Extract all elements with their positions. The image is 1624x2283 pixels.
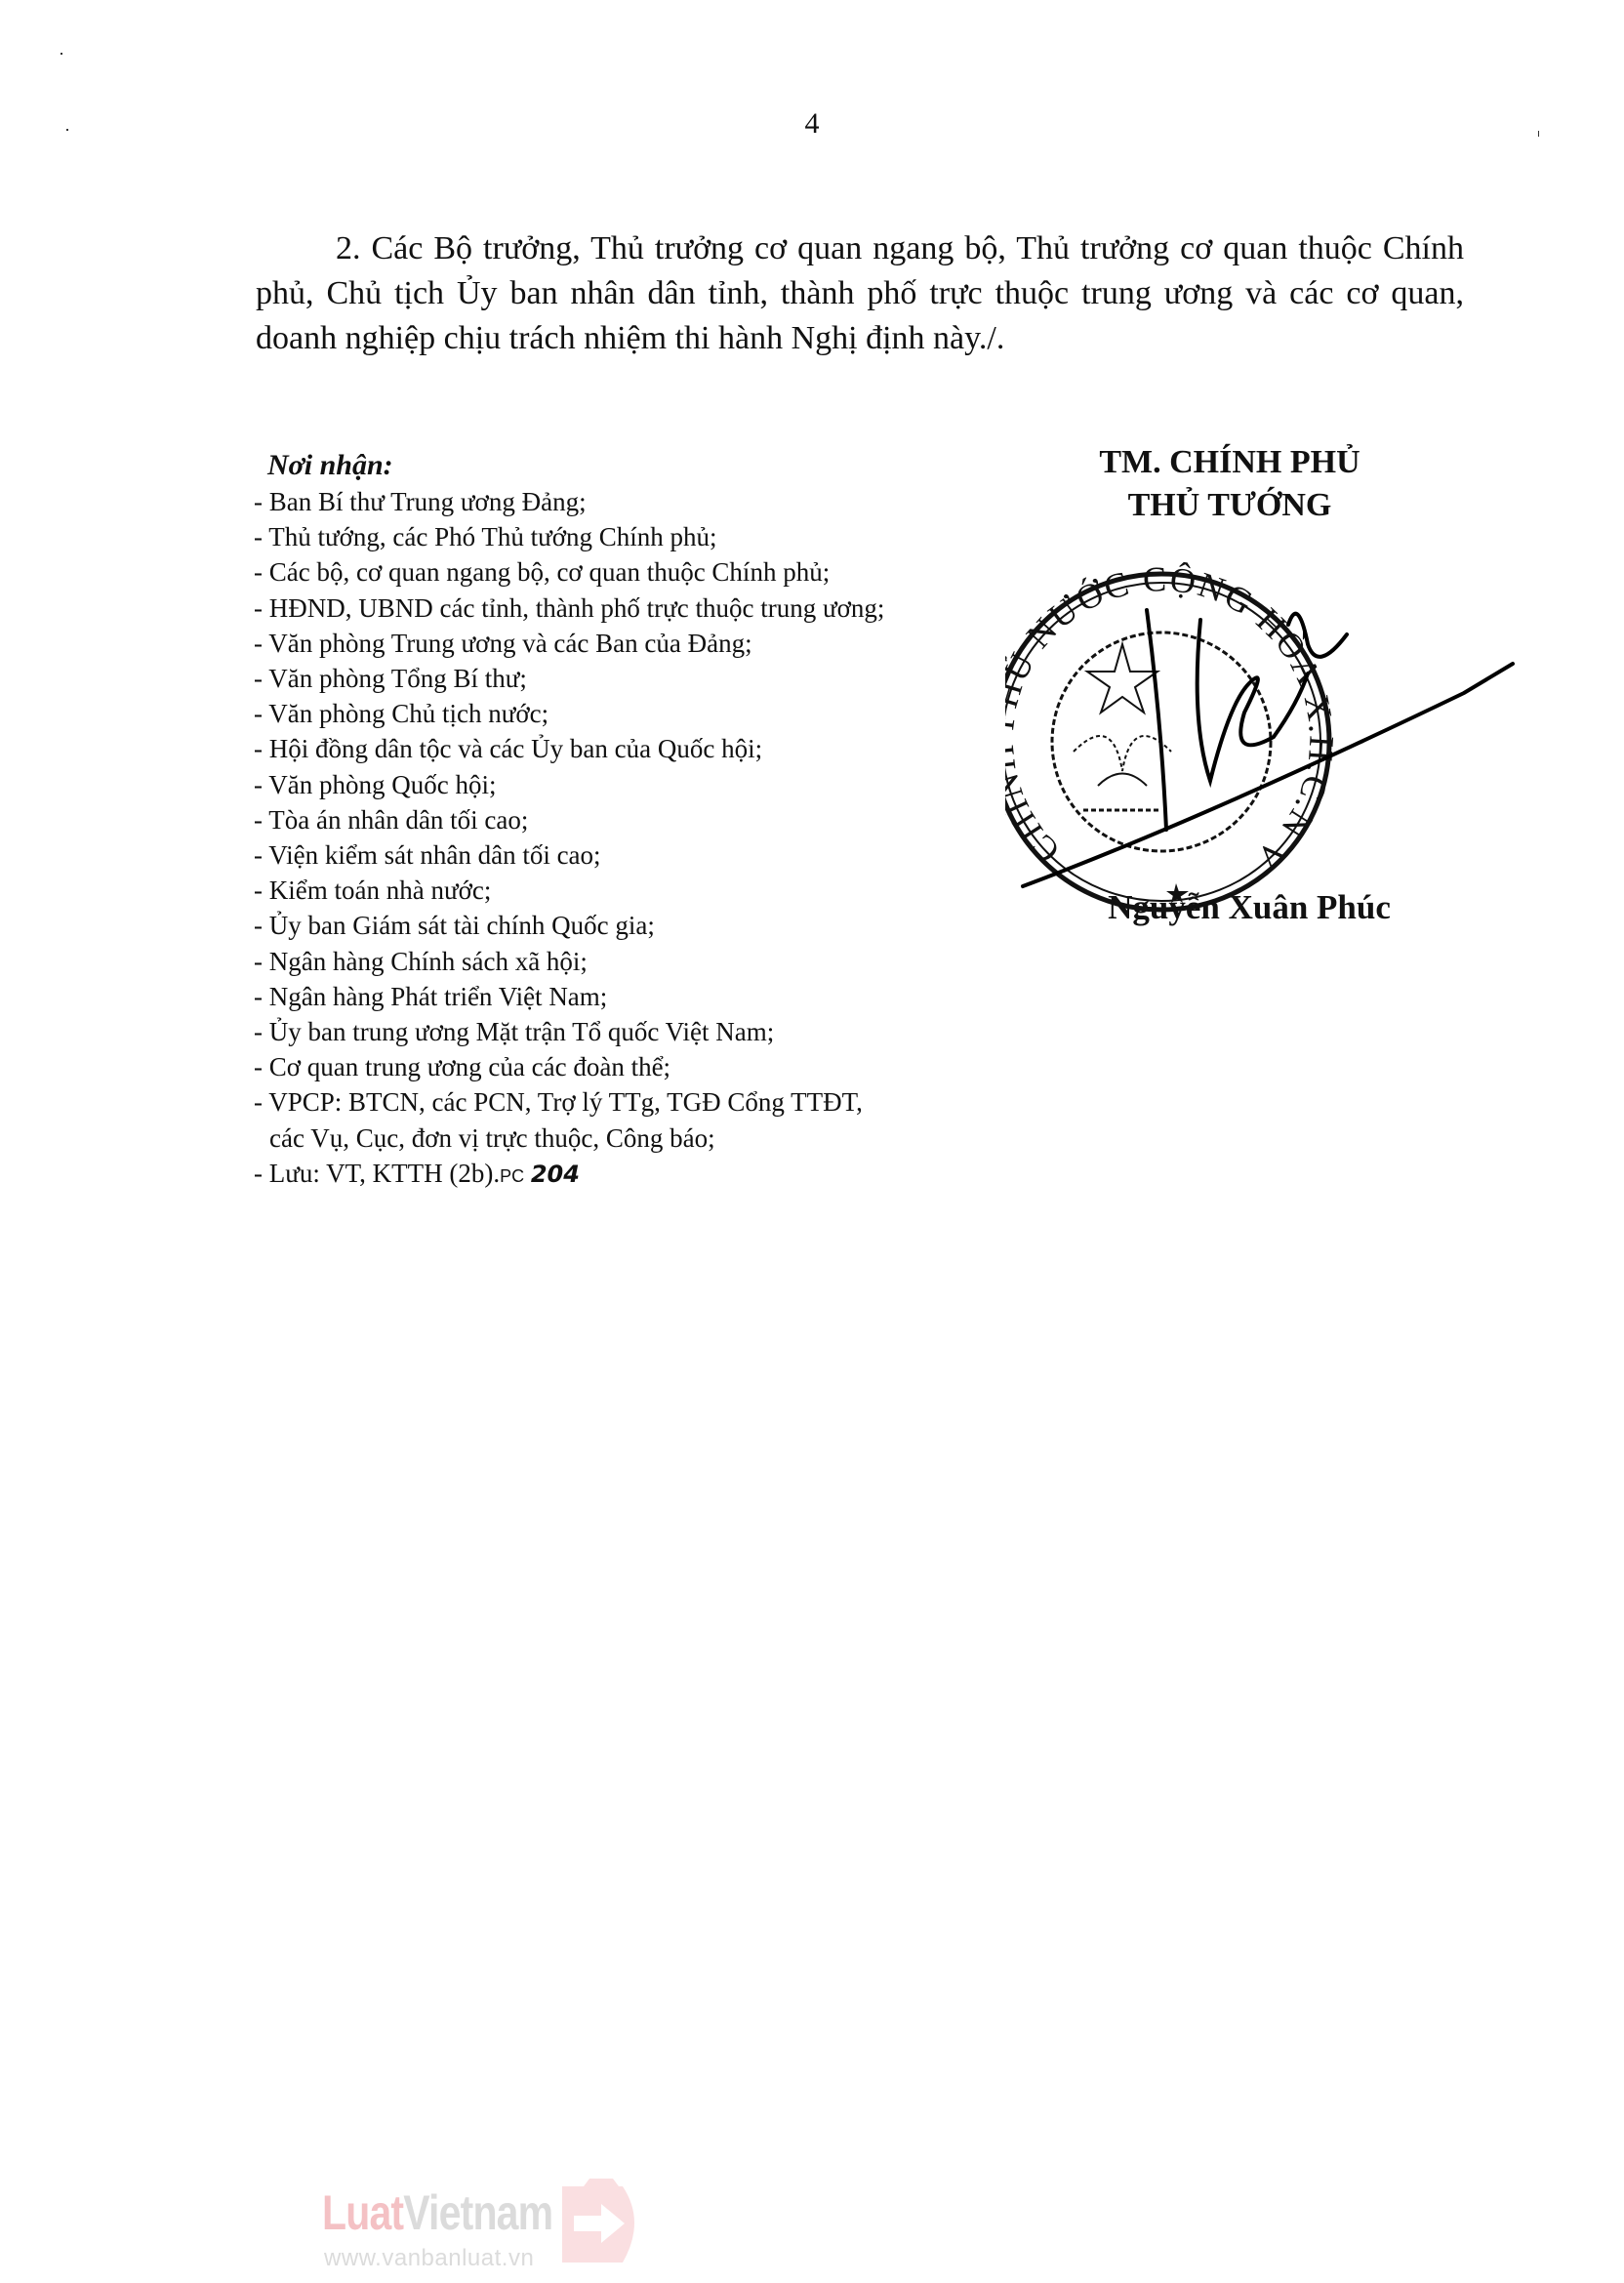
recipient-item: - Văn phòng Quốc hội; — [254, 767, 1015, 802]
archive-handwritten-number: 204 — [531, 1161, 580, 1188]
article-clause-2: 2. Các Bộ trưởng, Thủ trưởng cơ quan nga… — [256, 226, 1464, 361]
signature-block: TM. CHÍNH PHỦ THỦ TƯỚNG — [1064, 441, 1396, 527]
watermark-brand: LuatVietnam — [322, 2184, 552, 2241]
recipient-item: - HĐND, UBND các tỉnh, thành phố trực th… — [254, 591, 1015, 626]
archive-pc: PC — [500, 1166, 524, 1186]
recipient-item: - VPCP: BTCN, các PCN, Trợ lý TTg, TGĐ C… — [254, 1084, 1015, 1120]
recipient-item: - Thủ tướng, các Phó Thủ tướng Chính phủ… — [254, 519, 1015, 554]
archive-text: - Lưu: VT, KTTH (2b). — [254, 1159, 500, 1188]
watermark: LuatVietnam www.vanbanluat.vn — [322, 2177, 654, 2274]
signature-title-1: TM. CHÍNH PHỦ — [1064, 441, 1396, 484]
recipients-list: Nơi nhận: - Ban Bí thư Trung ương Đảng;-… — [254, 447, 1015, 1194]
signature-title-2: THỦ TƯỚNG — [1064, 484, 1396, 527]
recipient-item: - Viện kiểm sát nhân dân tối cao; — [254, 837, 1015, 873]
recipient-item: - Tòa án nhân dân tối cao; — [254, 802, 1015, 837]
seal-icon: CHÍNH PHỦ NƯỚC CỘNG HÒA X.H.C.N VIỆT NAM — [1005, 527, 1342, 910]
recipient-item: - Ngân hàng Phát triển Việt Nam; — [254, 979, 1015, 1014]
archive-note: - Lưu: VT, KTTH (2b).PC 204 — [254, 1156, 1015, 1194]
signer-name: Nguyễn Xuân Phúc — [1054, 888, 1444, 927]
recipient-item: - Ủy ban trung ương Mặt trận Tổ quốc Việ… — [254, 1014, 1015, 1049]
recipient-item: - Kiểm toán nhà nước; — [254, 873, 1015, 908]
watermark-url: www.vanbanluat.vn — [324, 2245, 534, 2272]
scan-speck — [61, 53, 62, 55]
recipient-item: - Ủy ban Giám sát tài chính Quốc gia; — [254, 908, 1015, 943]
official-seal-and-signature: CHÍNH PHỦ NƯỚC CỘNG HÒA X.H.C.N VIỆT NAM — [1005, 527, 1610, 917]
recipient-item: - Cơ quan trung ương của các đoàn thể; — [254, 1049, 1015, 1084]
recipient-item: - Văn phòng Trung ương và các Ban của Đả… — [254, 626, 1015, 661]
recipient-item: - Ngân hàng Chính sách xã hội; — [254, 944, 1015, 979]
recipient-item: - Hội đồng dân tộc và các Ủy ban của Quố… — [254, 731, 1015, 766]
recipient-item: - Văn phòng Tổng Bí thư; — [254, 661, 1015, 696]
recipient-item: - Các bộ, cơ quan ngang bộ, cơ quan thuộ… — [254, 554, 1015, 590]
recipient-item: - Văn phòng Chủ tịch nước; — [254, 696, 1015, 731]
recipient-item: - Ban Bí thư Trung ương Đảng; — [254, 484, 1015, 519]
recipient-item-continuation: các Vụ, Cục, đơn vị trực thuộc, Công báo… — [254, 1121, 1015, 1156]
recipient-items: - Ban Bí thư Trung ương Đảng;- Thủ tướng… — [254, 484, 1015, 1121]
arrow-logo-icon — [554, 2177, 648, 2266]
page-number: 4 — [0, 107, 1624, 141]
recipients-heading: Nơi nhận: — [254, 447, 1015, 484]
